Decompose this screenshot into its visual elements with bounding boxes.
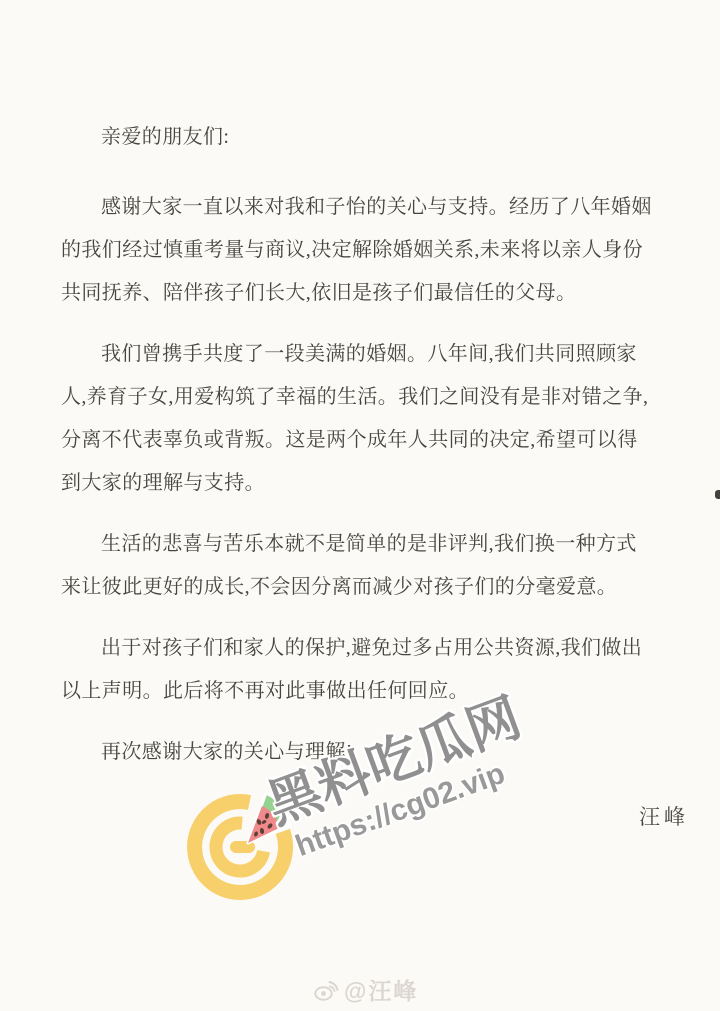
paragraph-4: 出于对孩子们和家人的保护,避免过多占用公共资源,我们做出以上声明。此后将不再对此… (61, 627, 657, 713)
paragraph-3: 生活的悲喜与苦乐本就不是简单的是非评判,我们换一种方式来让彼此更好的成长,不会因… (61, 523, 657, 609)
signature: 汪峰 (639, 801, 689, 831)
weibo-credit: @汪峰 (313, 973, 418, 1006)
paragraph-1: 感谢大家一直以来对我和子怡的关心与支持。经历了八年婚姻的我们经过慎重考量与商议,… (61, 186, 657, 315)
paragraph-2: 我们曾携手共度了一段美满的婚姻。八年间,我们共同照顾家人,养育子女,用爱构筑了幸… (61, 333, 657, 505)
letter-body: 亲爱的朋友们: 感谢大家一直以来对我和子怡的关心与支持。经历了八年婚姻的我们经过… (61, 116, 657, 792)
salutation: 亲爱的朋友们: (61, 116, 657, 159)
edge-artifact (715, 490, 720, 499)
statement-page: 亲爱的朋友们: 感谢大家一直以来对我和子怡的关心与支持。经历了八年婚姻的我们经过… (0, 0, 720, 1011)
weibo-icon (313, 978, 339, 1002)
weibo-handle: @汪峰 (344, 973, 418, 1006)
